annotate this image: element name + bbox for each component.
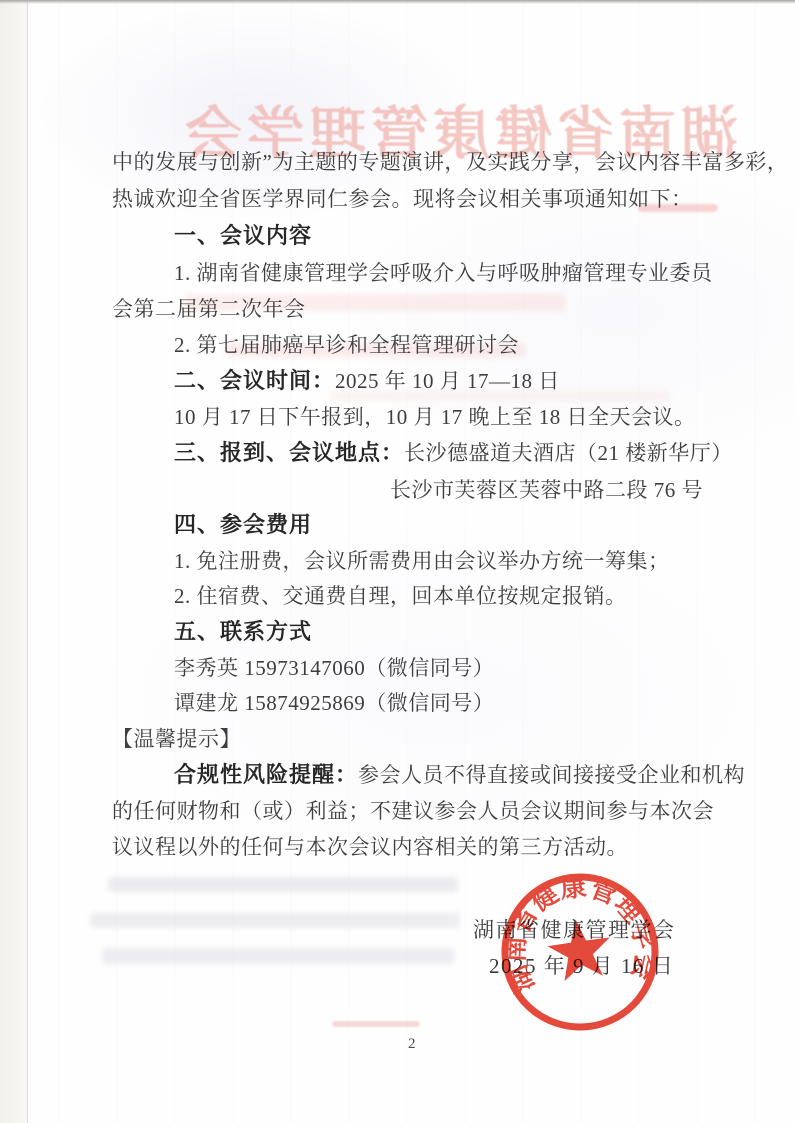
- body-line: 1. 湖南省健康管理学会呼吸介入与呼吸肿瘤管理专业委员: [174, 258, 713, 288]
- body-line: 中的发展与创新”为主题的专题演讲，及实践分享，会议内容丰富多彩，: [112, 147, 788, 177]
- body-line: 10 月 17 日下午报到，10 月 17 晚上至 18 日全天会议。: [174, 402, 696, 432]
- body-line: 【温馨提示】: [112, 724, 241, 754]
- body-line: 2. 第七届肺癌早诊和全程管理研讨会: [174, 330, 519, 360]
- bleedthrough-smudge: [102, 948, 454, 964]
- scanned-notice-page: 湖南省健康管理学会 中的发展与创新”为主题的专题演讲，及实践分享，会议内容丰富多…: [0, 0, 795, 1123]
- body-line: 合规性风险提醒：参会人员不得直接或间接接受企业和机构: [174, 760, 745, 790]
- section-heading: 二、会议时间：2025 年 10 月 17—18 日: [174, 366, 560, 396]
- bleedthrough-letterhead: 湖南省健康管理学会: [148, 88, 738, 152]
- section-heading: 四、参会费用: [174, 510, 312, 540]
- page-number: 2: [408, 1036, 416, 1053]
- body-line: 会第二届第二次年会: [112, 294, 306, 324]
- body-line: 2. 住宿费、交通费自理，回本单位按规定报销。: [174, 581, 627, 611]
- contact-line: 谭建龙 15874925869（微信同号）: [174, 688, 494, 718]
- body-line: 的任何财物和（或）利益；不建议参会人员会议期间参与本次会: [112, 796, 714, 826]
- body-line: 议议程以外的任何与本次会议内容相关的第三方活动。: [112, 832, 628, 862]
- body-line: 1. 免注册费，会议所需费用由会议举办方统一筹集；: [174, 546, 670, 576]
- section-heading: 三、报到、会议地点：长沙德盛道夫酒店（21 楼新华厅）: [174, 438, 733, 468]
- contact-line: 李秀英 15973147060（微信同号）: [174, 653, 494, 683]
- body-line: 长沙市芙蓉区芙蓉中路二段 76 号: [390, 475, 703, 505]
- scanner-edge-top: [0, 0, 795, 4]
- bleedthrough-smudge: [108, 877, 458, 892]
- seal-star-icon: [544, 915, 614, 983]
- section-heading: 一、会议内容: [174, 221, 312, 251]
- section-heading: 五、联系方式: [174, 617, 312, 647]
- bleedthrough-smudge: [90, 913, 460, 928]
- bleedthrough-smudge: [332, 1021, 420, 1027]
- official-seal: 湖南省健康管理学会: [483, 855, 677, 1049]
- body-line: 热诚欢迎全省医学界同仁参会。现将会议相关事项通知如下：: [112, 184, 693, 214]
- scanner-edge-left: [0, 0, 28, 1123]
